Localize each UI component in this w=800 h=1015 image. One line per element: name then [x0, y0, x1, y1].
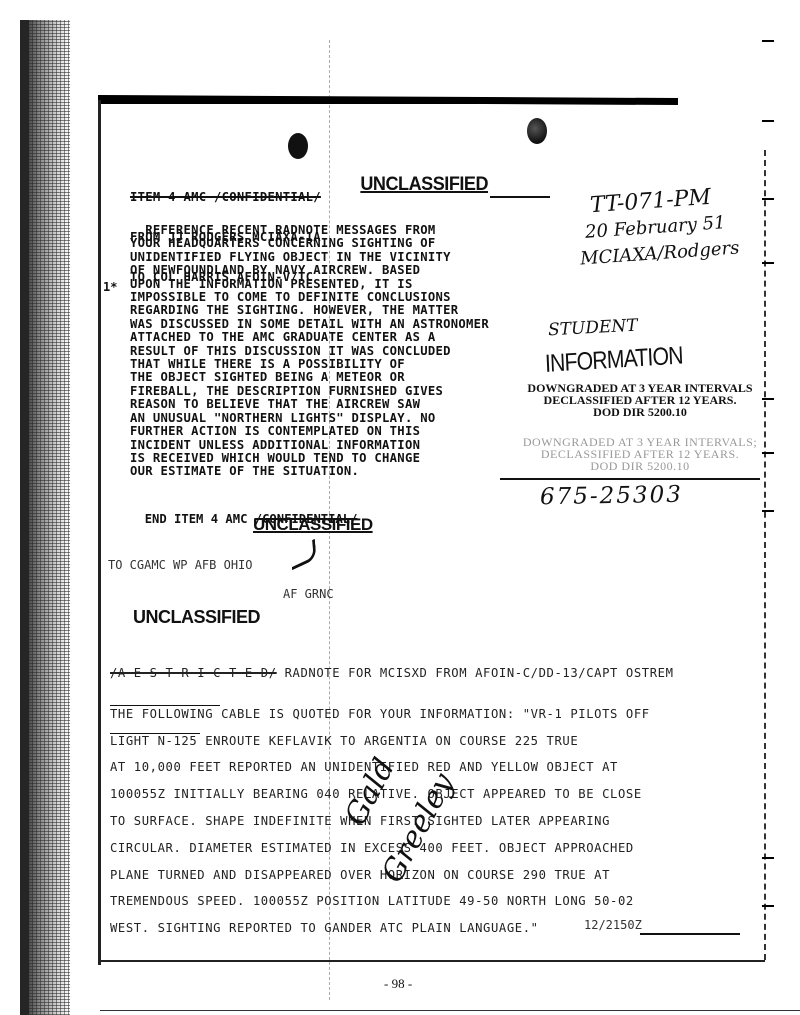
information-stamp: INFORMATION	[544, 342, 683, 379]
dtg-underline	[640, 933, 740, 935]
body-line: THE OBJECT SIGHTED BEING A METEOR OR	[130, 371, 489, 384]
body-line: REFERENCE RECENT RADNOTE MESSAGES FROM	[130, 224, 489, 237]
item-line: ITEM 4 AMC /CONFIDENTIAL/	[130, 191, 321, 204]
bottom-rule	[100, 960, 765, 962]
handwritten-office: MCIAXA/Rodgers	[579, 237, 740, 269]
downgrade-faded-line: DOD DIR 5200.10	[505, 460, 775, 472]
body-line: YOUR HEADQUARTERS CONCERNING SIGHTING OF	[130, 237, 489, 250]
message-body: REFERENCE RECENT RADNOTE MESSAGES FROMYO…	[130, 224, 489, 479]
sheet-top-edge-shadow	[98, 101, 478, 104]
cable-line: TO SURFACE. SHAPE INDEFINITE WHEN FIRST …	[110, 814, 674, 841]
body-line: OUR ESTIMATE OF THE SITUATION.	[130, 465, 489, 478]
stamp-rule	[500, 478, 760, 480]
body-line: OF NEWFOUNDLAND BY NAVY AIRCREW. BASED	[130, 264, 489, 277]
body-line: RESULT OF THIS DISCUSSION IT WAS CONCLUD…	[130, 345, 489, 358]
punch-hole-icon	[527, 118, 547, 144]
cable-classification-struck: /A E S T R I C T E D/	[110, 666, 277, 680]
body-line: WAS DISCUSSED IN SOME DETAIL WITH AN AST…	[130, 318, 489, 331]
sheet-left-edge	[98, 100, 101, 965]
downgrade-line: DOD DIR 5200.10	[505, 406, 775, 418]
margin-rule	[110, 733, 200, 734]
cable-line: 100055Z INITIALLY BEARING 040 RELATIVE. …	[110, 787, 674, 814]
body-line: REASON TO BELIEVE THAT THE AIRCREW SAW	[130, 398, 489, 411]
body-line: IMPOSSIBLE TO COME TO DEFINITE CONCLUSIO…	[130, 291, 489, 304]
body-line: UNIDENTIFIED FLYING OBJECT IN THE VICINI…	[130, 251, 489, 264]
downgrade-notice: DOWNGRADED AT 3 YEAR INTERVALSDECLASSIFI…	[505, 382, 775, 418]
body-line: INCIDENT UNLESS ADDITIONAL INFORMATION	[130, 439, 489, 452]
punch-hole-icon	[288, 133, 308, 159]
body-line: UPON THE INFORMATION PRESENTED, IT IS	[130, 278, 489, 291]
margin-mark: 1*	[103, 280, 117, 294]
body-line: IS RECEIVED WHICH WOULD TEND TO CHANGE	[130, 452, 489, 465]
body-line: THAT WHILE THERE IS A POSSIBILITY OF	[130, 358, 489, 371]
downgrade-notice-faded: DOWNGRADED AT 3 YEAR INTERVALS;DECLASSIF…	[505, 436, 775, 472]
check-mark-icon	[290, 539, 316, 571]
date-time-group: 12/2150Z	[584, 918, 642, 932]
sheet-right-edge	[762, 150, 766, 960]
margin-rule	[110, 705, 220, 706]
cable-header-text: RADNOTE FOR MCISXD FROM AFOIN-C/DD-13/CA…	[277, 666, 674, 680]
body-line: AN UNUSUAL "NORTHERN LIGHTS" DISPLAY. NO	[130, 412, 489, 425]
page-number: - 98 -	[384, 976, 412, 992]
unclassified-stamp-middle: UNCLASSIFIED	[253, 515, 373, 535]
body-line: ATTACHED TO THE AMC GRADUATE CENTER AS A	[130, 331, 489, 344]
unclassified-stamp-lower: UNCLASSIFIED	[133, 607, 260, 628]
routing-from: AF GRNC	[283, 587, 334, 601]
routing-to: TO CGAMC WP AFB OHIO	[108, 558, 253, 572]
unclassified-stamp-top: UNCLASSIFIED	[360, 174, 488, 196]
body-line: FURTHER ACTION IS CONTEMPLATED ON THIS	[130, 425, 489, 438]
end-item-prefix: END ITEM 4 AMC	[145, 512, 255, 526]
cable-line-header: /A E S T R I C T E D/ RADNOTE FOR MCISXD…	[110, 666, 674, 693]
stamp-underline	[490, 196, 550, 198]
page-bottom-edge	[100, 1010, 800, 1011]
cable-line: LIGHT N-125 ENROUTE KEFLAVIK TO ARGENTIA…	[110, 734, 674, 761]
handwritten-student: STUDENT	[548, 316, 639, 341]
body-line: FIREBALL, THE DESCRIPTION FURNISHED GIVE…	[130, 385, 489, 398]
cable-text: /A E S T R I C T E D/ RADNOTE FOR MCISXD…	[110, 638, 674, 948]
cable-line: THE FOLLOWING CABLE IS QUOTED FOR YOUR I…	[110, 707, 674, 734]
body-line: REGARDING THE SIGHTING. HOWEVER, THE MAT…	[130, 304, 489, 317]
handwritten-document-number: 675-25303	[540, 482, 683, 510]
scan-edge-noise	[20, 20, 70, 1015]
